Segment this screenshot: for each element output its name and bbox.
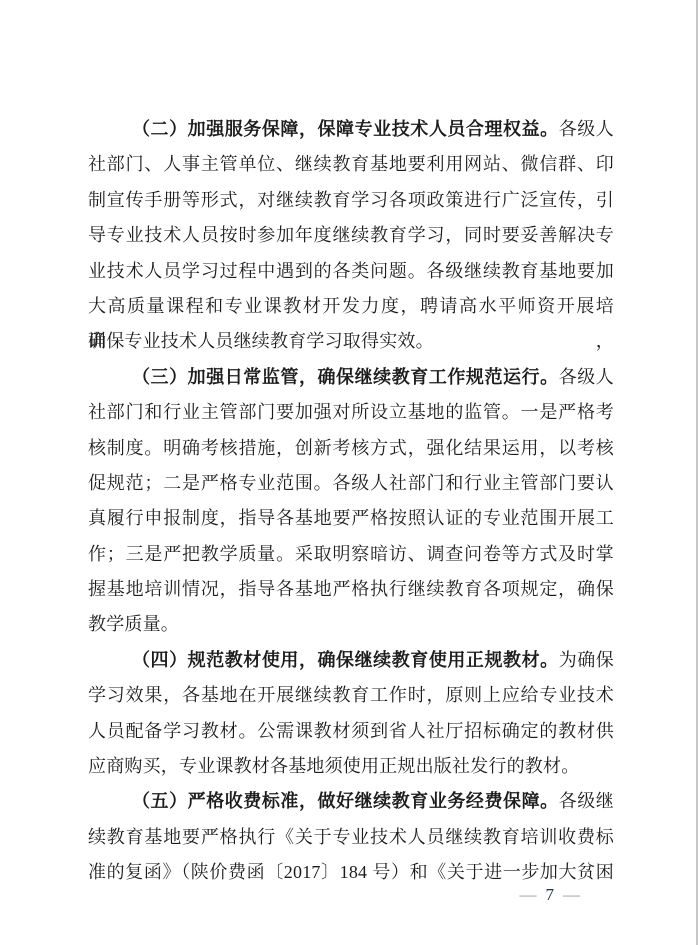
page-number: —7— — [520, 884, 581, 906]
doc-text-segment: 真履行申报制度，指导各基地要严格按照认证的专业范围开展工 — [88, 508, 614, 528]
doc-text-segment: 各级继 — [559, 791, 614, 811]
doc-line: 学习效果，各基地在开展继续教育工作时，原则上应给专业技术 — [88, 678, 614, 713]
doc-heading-segment: （五）严格收费标准，做好继续教育业务经费保障。 — [132, 791, 559, 811]
doc-line: 人员配备学习教材。公需课教材须到省人社厅招标确定的教材供 — [88, 714, 614, 749]
doc-line: 制宣传手册等形式，对继续教育学习各项政策进行广泛宣传，引 — [88, 183, 614, 218]
doc-line: 教学质量。 — [88, 607, 614, 642]
doc-line: 真履行申报制度，指导各基地要严格按照认证的专业范围开展工 — [88, 501, 614, 536]
doc-line: 作；三是严把教学质量。采取明察暗访、调查问卷等方式及时掌 — [88, 537, 614, 572]
doc-text-segment: 促规范；二是严格专业范围。各级人社部门和行业主管部门要认 — [88, 473, 614, 493]
doc-text-segment: 业技术人员学习过程中遇到的各类问题。各级继续教育基地要加 — [88, 261, 614, 281]
doc-text-segment: 各级人 — [559, 119, 614, 139]
doc-text-segment: 准的复函》（陕价费函〔2017〕184 号）和《关于进一步加大贫困 — [88, 862, 614, 882]
doc-text-segment: 核制度。明确考核措施，创新考核方式，强化结果运用，以考核 — [88, 438, 614, 458]
doc-text-segment: 学习效果，各基地在开展继续教育工作时，原则上应给专业技术 — [88, 685, 614, 705]
doc-text-segment: 导专业技术人员按时参加年度继续教育学习，同时要妥善解决专 — [88, 225, 614, 245]
doc-text-segment: 社部门、人事主管单位、继续教育基地要利用网站、微信群、印 — [88, 154, 614, 174]
doc-text-segment: 确保专业技术人员继续教育学习取得实效。 — [88, 331, 434, 351]
doc-text-segment: 作；三是严把教学质量。采取明察暗访、调查问卷等方式及时掌 — [88, 544, 614, 564]
doc-heading-segment: （四）规范教材使用，确保继续教育使用正规教材。 — [132, 650, 559, 670]
doc-line: 业技术人员学习过程中遇到的各类问题。各级继续教育基地要加 — [88, 254, 614, 289]
doc-line: （二）加强服务保障，保障专业技术人员合理权益。各级人 — [88, 112, 614, 147]
document-body: （二）加强服务保障，保障专业技术人员合理权益。各级人社部门、人事主管单位、继续教… — [88, 112, 614, 891]
doc-line: （四）规范教材使用，确保继续教育使用正规教材。为确保 — [88, 643, 614, 678]
doc-text-segment: 教学质量。 — [88, 614, 179, 634]
page-number-dash-left: — — [520, 885, 537, 904]
page-number-value: 7 — [546, 885, 555, 904]
doc-text-segment: 应商购买，专业课教材各基地须使用正规出版社发行的教材。 — [88, 756, 579, 776]
doc-text-segment: 社部门和行业主管部门要加强对所设立基地的监管。一是严格考 — [88, 402, 614, 422]
doc-text-segment: 为确保 — [559, 650, 614, 670]
document-page: （二）加强服务保障，保障专业技术人员合理权益。各级人社部门、人事主管单位、继续教… — [0, 0, 698, 945]
page-number-dash-right: — — [563, 885, 580, 904]
doc-text-segment: 续教育基地要严格执行《关于专业技术人员继续教育培训收费标 — [88, 827, 614, 847]
doc-line: 握基地培训情况，指导各基地严格执行继续教育各项规定，确保 — [88, 572, 614, 607]
doc-text-segment: 制宣传手册等形式，对继续教育学习各项政策进行广泛宣传，引 — [88, 190, 614, 210]
doc-line: 应商购买，专业课教材各基地须使用正规出版社发行的教材。 — [88, 749, 614, 784]
doc-line: 促规范；二是严格专业范围。各级人社部门和行业主管部门要认 — [88, 466, 614, 501]
doc-text-segment: 人员配备学习教材。公需课教材须到省人社厅招标确定的教材供 — [88, 721, 614, 741]
doc-line: 续教育基地要严格执行《关于专业技术人员继续教育培训收费标 — [88, 820, 614, 855]
doc-heading-segment: （二）加强服务保障，保障专业技术人员合理权益。 — [132, 119, 559, 139]
doc-text-segment: 各级人 — [559, 367, 614, 387]
doc-line: 社部门和行业主管部门要加强对所设立基地的监管。一是严格考 — [88, 395, 614, 430]
doc-text-segment: 握基地培训情况，指导各基地严格执行继续教育各项规定，确保 — [88, 579, 614, 599]
doc-line: 社部门、人事主管单位、继续教育基地要利用网站、微信群、印 — [88, 147, 614, 182]
doc-line: （五）严格收费标准，做好继续教育业务经费保障。各级继 — [88, 784, 614, 819]
doc-line: 核制度。明确考核措施，创新考核方式，强化结果运用，以考核 — [88, 431, 614, 466]
doc-line: 大高质量课程和专业课教材开发力度，聘请高水平师资开展培训， — [88, 289, 614, 324]
doc-line: （三）加强日常监管，确保继续教育工作规范运行。各级人 — [88, 360, 614, 395]
doc-line: 导专业技术人员按时参加年度继续教育学习，同时要妥善解决专 — [88, 218, 614, 253]
doc-heading-segment: （三）加强日常监管，确保继续教育工作规范运行。 — [132, 367, 559, 387]
